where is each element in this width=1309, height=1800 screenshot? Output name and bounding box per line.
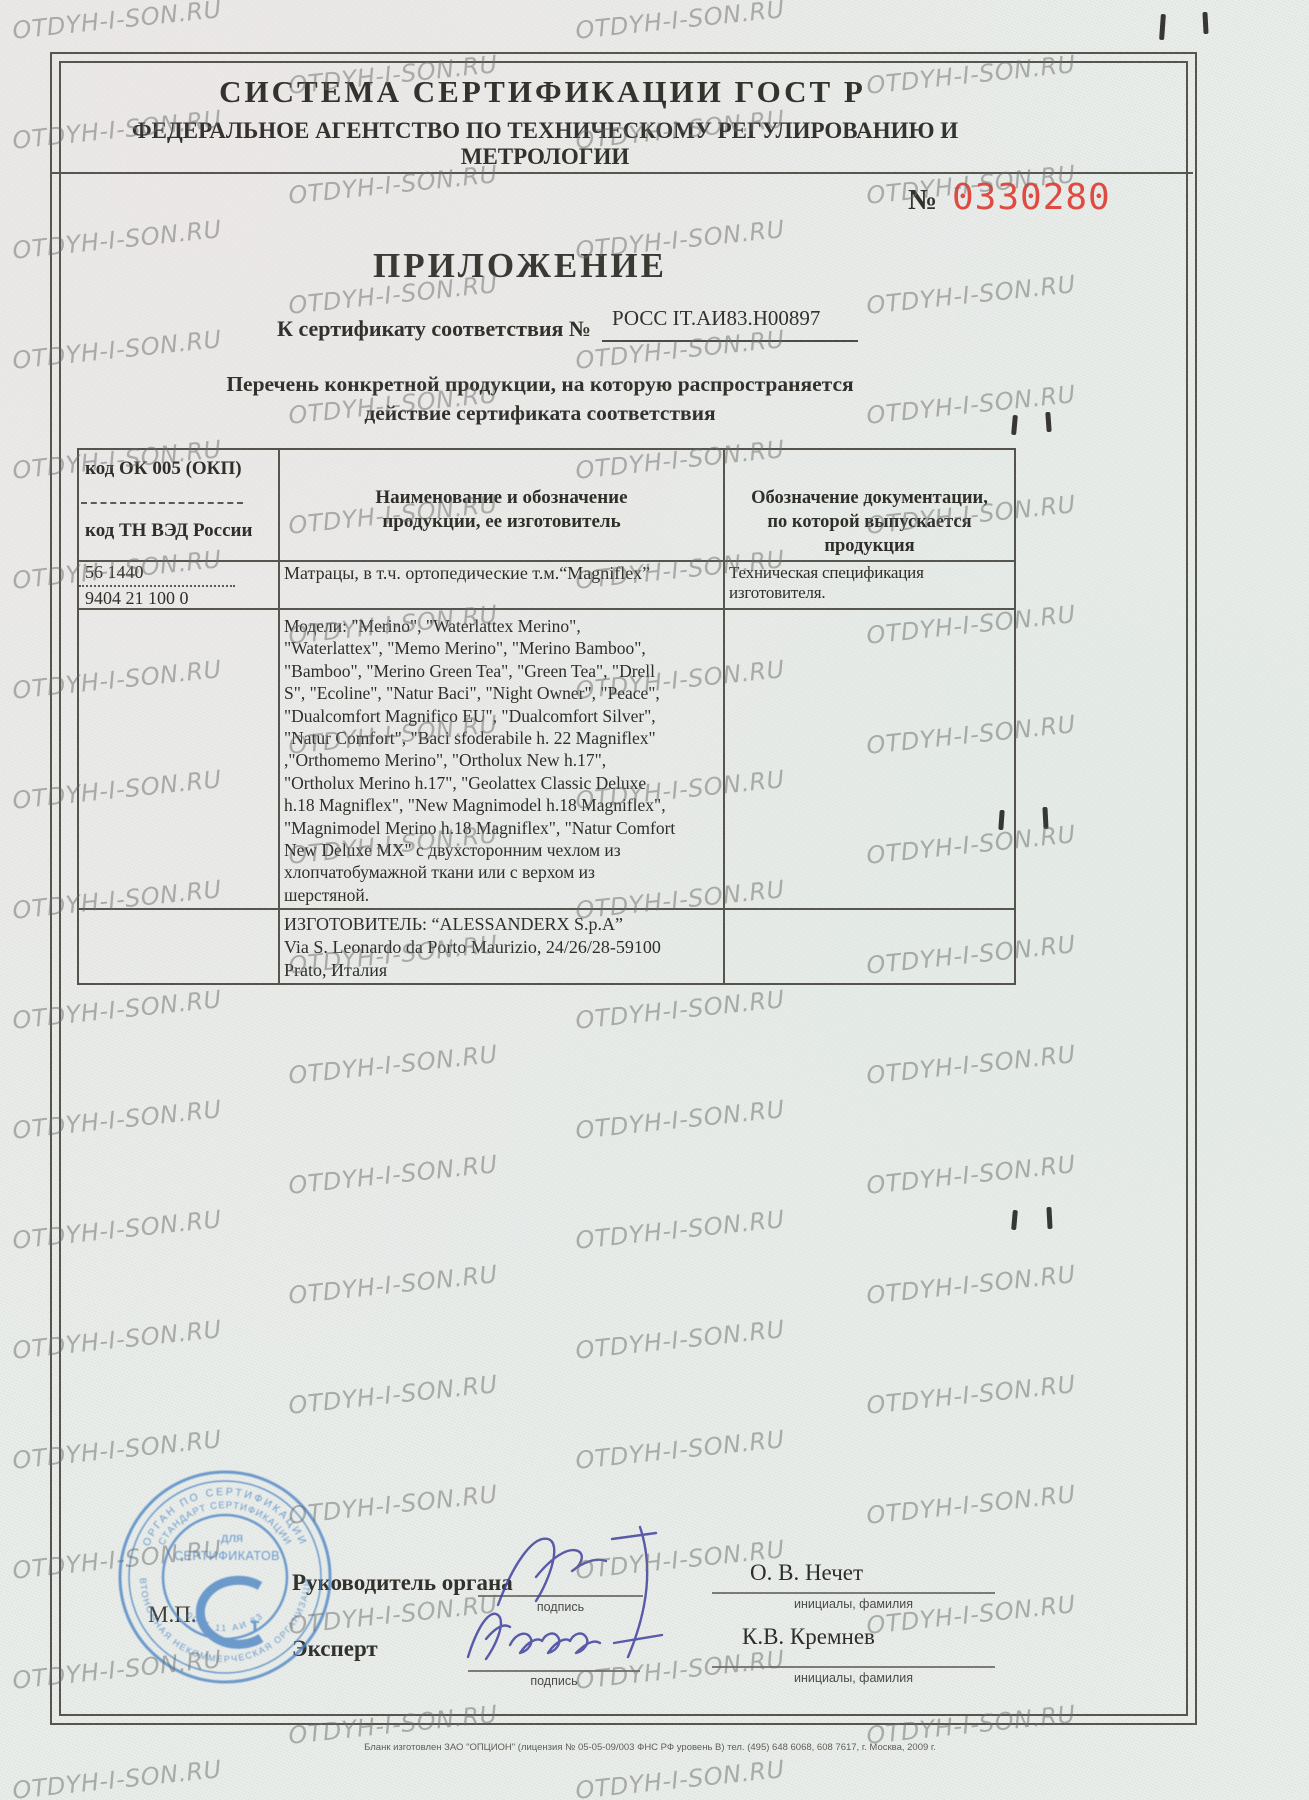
head-signature-ink [498, 1527, 656, 1657]
doc-title: ПРИЛОЖЕНИЕ [60, 246, 980, 286]
col3-header: Обозначение документации, по которой вып… [725, 486, 1014, 558]
head-name-line [712, 1592, 995, 1594]
system-title: СИСТЕМА СЕРТИФИКАЦИИ ГОСТ Р [60, 74, 1025, 110]
table-hline-header [79, 560, 1014, 562]
col1-header-top: код ОК 005 (ОКП) [85, 458, 242, 480]
certificate-appendix-page: СИСТЕМА СЕРТИФИКАЦИИ ГОСТ Р ФЕДЕРАЛЬНОЕ … [0, 0, 1309, 1800]
products-table: код ОК 005 (ОКП) код ТН ВЭД России Наиме… [77, 448, 1016, 985]
table-hline-row2 [79, 908, 1014, 910]
expert-name-line [712, 1666, 995, 1668]
cert-number: РОСС IT.АИ83.Н00897 [612, 306, 820, 331]
cert-label: К сертификату соответствия № [277, 316, 591, 342]
certification-stamp: ОРГАН ПО СЕРТИФИКАЦИИ СТАНДАРТ СЕРТИФИКА… [110, 1462, 344, 1696]
agency-title: ФЕДЕРАЛЬНОЕ АГЕНТСТВО ПО ТЕХНИЧЕСКОМУ РЕ… [45, 118, 1045, 170]
okp-code-divider [79, 585, 235, 587]
okp-code: 56 1440 [85, 562, 144, 583]
form-number: 0330280 [952, 177, 1111, 218]
expert-name-caption: инициалы, фамилия [712, 1671, 995, 1685]
stamp-rst-t: т [250, 1615, 260, 1637]
head-name-caption: инициалы, фамилия [712, 1597, 995, 1611]
subtitle-line2: действие сертификата соответствия [60, 401, 1020, 426]
manufacturer: ИЗГОТОВИТЕЛЬ: “ALESSANDERX S.p.A” Via S.… [284, 913, 724, 982]
site-watermark: OTDYH-I-SON.RU [11, 1755, 223, 1800]
expert-signature-ink [468, 1614, 662, 1659]
stamp-center-line1: для [221, 1530, 243, 1545]
expert-name: К.В. Кремнев [742, 1624, 875, 1650]
tnved-code: 9404 21 100 0 [85, 588, 189, 609]
col1-header-bottom: код ТН ВЭД России [85, 520, 252, 542]
models-list: Модели: "Merino", "Waterlattex Merino", … [284, 615, 724, 906]
head-name: О. В. Нечет [750, 1560, 863, 1586]
site-watermark: OTDYH-I-SON.RU [574, 1755, 786, 1800]
documentation: Техническая спецификация изготовителя. [729, 563, 1012, 603]
site-watermark: OTDYH-I-SON.RU [574, 0, 786, 45]
col2-header: Наименование и обозначение продукции, ее… [278, 486, 725, 534]
ink-mark [1042, 807, 1048, 829]
header-rule [50, 172, 1193, 174]
product-name: Матрацы, в т.ч. ортопедические т.м.“Magn… [284, 563, 721, 584]
ink-mark [1046, 1207, 1052, 1229]
handwritten-signatures [400, 1505, 740, 1680]
subtitle-line1: Перечень конкретной продукции, на котору… [60, 372, 1020, 397]
number-sign: № [908, 184, 937, 217]
col1-header-divider [81, 502, 243, 504]
ink-mark [1159, 14, 1166, 40]
site-watermark: OTDYH-I-SON.RU [11, 0, 223, 45]
fine-print: Бланк изготовлен ЗАО "ОПЦИОН" (лицензия … [250, 1742, 1050, 1753]
cert-number-underline [602, 340, 858, 342]
table-hline-row1 [79, 608, 1014, 610]
ink-mark [1202, 12, 1208, 34]
stamp-center-line2: СЕРТИФИКАТОВ [174, 1549, 280, 1563]
